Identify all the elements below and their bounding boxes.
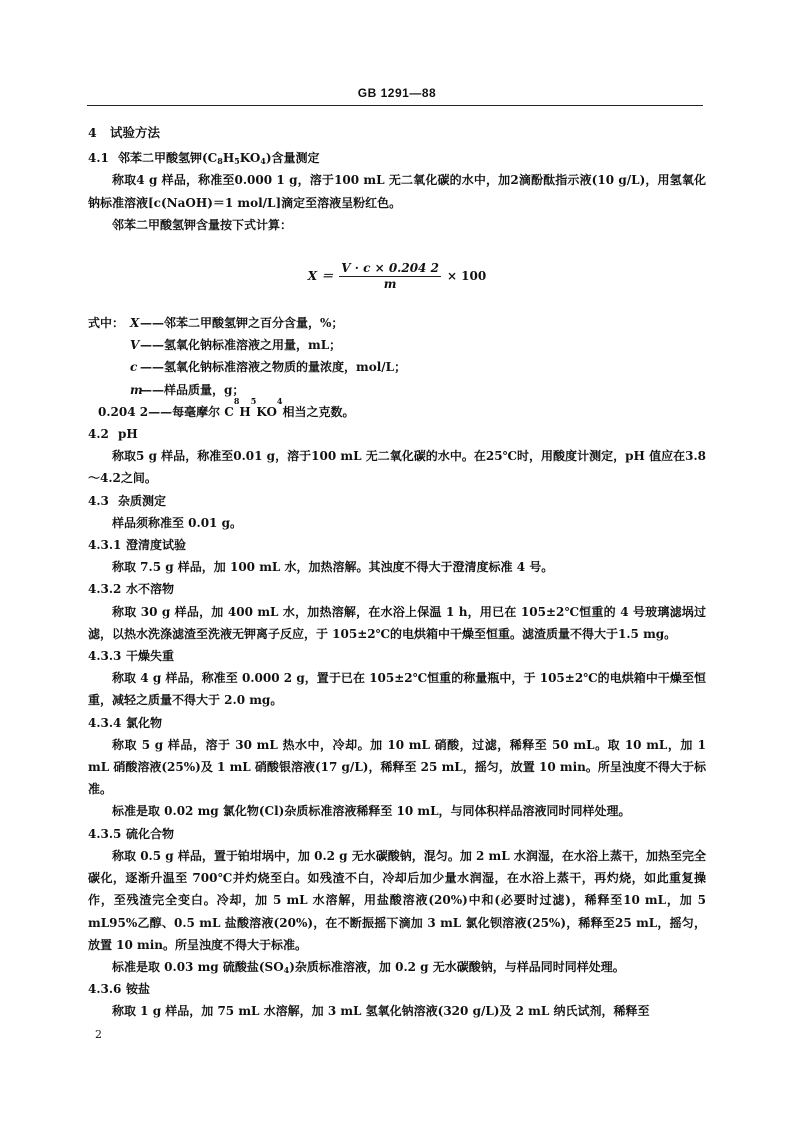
variable-symbol: 0.204 2	[98, 401, 148, 423]
standard-code-header: GB 1291—88	[0, 86, 794, 100]
section-heading-4-3-5: 4.3.5硫化合物	[88, 823, 706, 845]
formula-numerator: V · c × 0.204 2	[339, 261, 441, 277]
section-title: 杂质测定	[118, 494, 166, 508]
section-number: 4.3.2	[88, 578, 122, 600]
section-heading-4-1: 4.1邻苯二甲酸氢钾(C8H5KO4)含量测定	[88, 147, 706, 169]
formula-fraction: V · c × 0.204 2 m	[339, 261, 441, 292]
variable-symbol: V	[130, 334, 140, 356]
section-title: 干燥失重	[126, 649, 174, 663]
paragraph: 称取5 g 样品，称准至0.01 g，溶于100 mL 无二氧化碳的水中。在25…	[88, 445, 706, 489]
definition-row: 式中： X ——邻苯二甲酸氢钾之百分含量，%；	[88, 312, 706, 334]
paragraph: 称取 5 g 样品，溶于 30 mL 热水中，冷却。加 10 mL 硝酸，过滤，…	[88, 734, 706, 801]
section-title: 氯化物	[126, 716, 162, 730]
section-title: 试验方法	[110, 125, 160, 140]
section-title: 水不溶物	[126, 582, 174, 596]
paragraph: 标准是取 0.02 mg 氯化物(Cl)杂质标准溶液稀释至 10 mL，与同体积…	[88, 800, 706, 822]
page-number: 2	[95, 1028, 102, 1041]
section-number: 4.3.4	[88, 712, 122, 734]
section-heading-4-3-2: 4.3.2水不溶物	[88, 578, 706, 600]
paragraph: 标准是取 0.03 mg 硫酸盐(SO4)杂质标准溶液，加 0.2 g 无水碳酸…	[88, 956, 706, 978]
variable-description: ——氢氧化钠标准溶液之用量，mL；	[140, 334, 341, 356]
paragraph: 称取 0.5 g 样品，置于铂坩埚中，加 0.2 g 无水碳酸钠，混匀。加 2 …	[88, 845, 706, 956]
paragraph: 邻苯二甲酸氢钾含量按下式计算：	[88, 214, 706, 236]
section-heading-4-3-1: 4.3.1澄清度试验	[88, 534, 706, 556]
formula-lhs: X ＝	[308, 265, 334, 287]
section-title: 澄清度试验	[126, 538, 186, 552]
section-number: 4	[88, 122, 104, 144]
section-number: 4.3.3	[88, 645, 122, 667]
header-divider	[87, 105, 703, 106]
formula-rhs: × 100	[447, 265, 486, 287]
where-label: 式中：	[88, 312, 130, 334]
paragraph: 称取 7.5 g 样品，加 100 mL 水，加热溶解。其浊度不得大于澄清度标准…	[88, 556, 706, 578]
formula-denominator: m	[384, 277, 397, 292]
section-title: 铵盐	[126, 982, 150, 996]
content-formula: X ＝ V · c × 0.204 2 m × 100	[88, 246, 706, 306]
variable-definitions: 式中： X ——邻苯二甲酸氢钾之百分含量，%； V ——氢氧化钠标准溶液之用量，…	[88, 312, 706, 423]
section-heading-4: 4试验方法	[88, 122, 706, 144]
section-heading-4-2: 4.2pH	[88, 423, 706, 445]
paragraph: 称取 30 g 样品，加 400 mL 水，加热溶解，在水浴上保温 1 h，用已…	[88, 601, 706, 645]
section-heading-4-3-4: 4.3.4氯化物	[88, 712, 706, 734]
section-number: 4.3.5	[88, 823, 122, 845]
section-heading-4-3-6: 4.3.6铵盐	[88, 978, 706, 1000]
section-heading-4-3-3: 4.3.3干燥失重	[88, 645, 706, 667]
variable-symbol: c	[130, 356, 140, 378]
definition-row: c ——氢氧化钠标准溶液之物质的量浓度，mol/L；	[88, 356, 706, 378]
variable-description: ——邻苯二甲酸氢钾之百分含量，%；	[140, 312, 343, 334]
paragraph: 称取4 g 样品，称准至0.000 1 g，溶于100 mL 无二氧化碳的水中，…	[88, 169, 706, 213]
variable-description: ——样品质量，g；	[140, 379, 244, 401]
section-number: 4.3	[88, 490, 114, 512]
definition-row: m ——样品质量，g；	[88, 379, 706, 401]
section-number: 4.2	[88, 423, 114, 445]
document-body: 4试验方法 4.1邻苯二甲酸氢钾(C8H5KO4)含量测定 称取4 g 样品，称…	[88, 118, 706, 1023]
section-heading-4-3: 4.3杂质测定	[88, 490, 706, 512]
paragraph: 样品须称准至 0.01 g。	[88, 512, 706, 534]
variable-description: ——氢氧化钠标准溶液之物质的量浓度，mol/L；	[140, 356, 406, 378]
variable-symbol: m	[130, 379, 140, 401]
paragraph: 称取 4 g 样品，称准至 0.000 2 g，置于已在 105±2℃恒重的称量…	[88, 667, 706, 711]
section-title: pH	[118, 427, 138, 441]
section-number: 4.1	[88, 147, 114, 169]
paragraph: 称取 1 g 样品，加 75 mL 水溶解，加 3 mL 氢氧化钠溶液(320 …	[88, 1000, 706, 1022]
section-number: 4.3.6	[88, 978, 122, 1000]
section-title: 硫化合物	[126, 827, 174, 841]
section-number: 4.3.1	[88, 534, 122, 556]
variable-symbol: X	[130, 312, 140, 334]
definition-row: 0.204 2——每毫摩尔 C8H5KO4相当之克数。	[88, 401, 706, 423]
definition-row: V ——氢氧化钠标准溶液之用量，mL；	[88, 334, 706, 356]
